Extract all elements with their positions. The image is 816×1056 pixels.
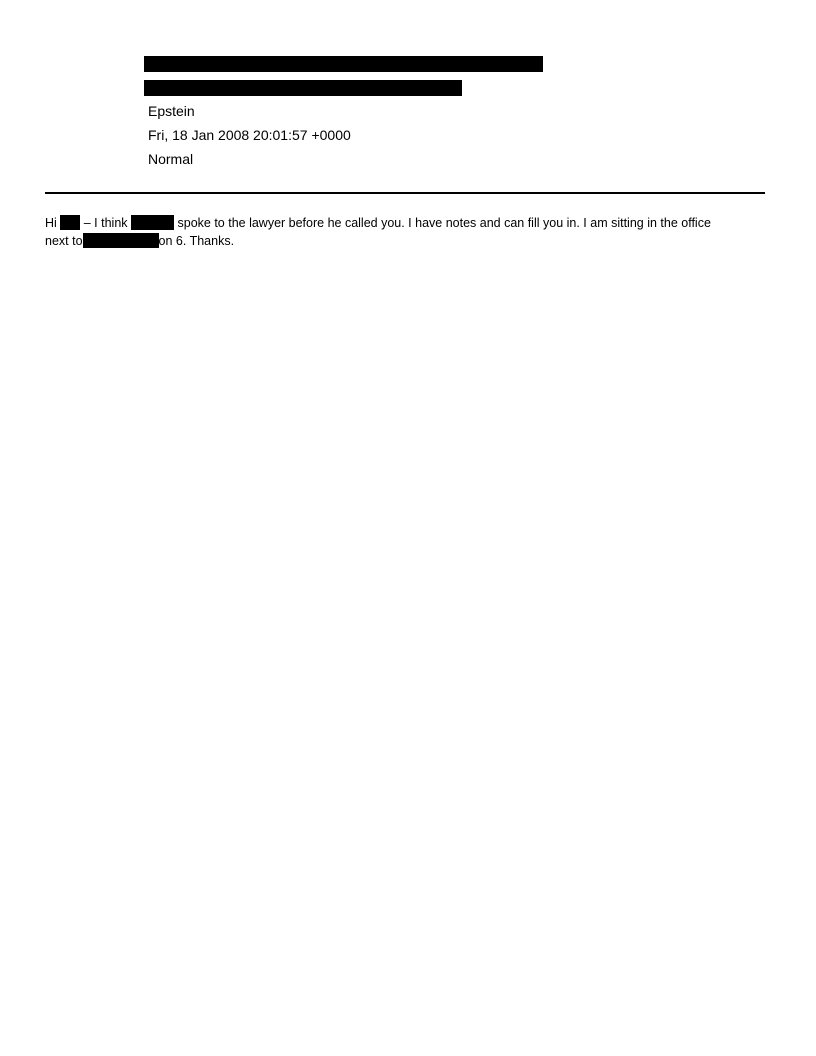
header-divider bbox=[45, 192, 765, 194]
name-redaction bbox=[131, 215, 174, 230]
body-line-2: next toon 6. Thanks. bbox=[45, 232, 234, 250]
body-text: on 6. Thanks. bbox=[159, 234, 235, 248]
body-text: next to bbox=[45, 234, 83, 248]
name-redaction bbox=[83, 233, 159, 248]
from-redaction bbox=[144, 56, 543, 72]
body-text: Hi bbox=[45, 216, 60, 230]
body-line-1: Hi – I think spoke to the lawyer before … bbox=[45, 214, 711, 232]
body-text: spoke to the lawyer before he called you… bbox=[174, 216, 711, 230]
name-redaction bbox=[60, 215, 80, 230]
subject-value: Epstein bbox=[148, 101, 195, 121]
importance-value: Normal bbox=[148, 149, 193, 169]
body-text: – I think bbox=[80, 216, 131, 230]
date-value: Fri, 18 Jan 2008 20:01:57 +0000 bbox=[148, 125, 351, 145]
to-redaction bbox=[144, 80, 462, 96]
